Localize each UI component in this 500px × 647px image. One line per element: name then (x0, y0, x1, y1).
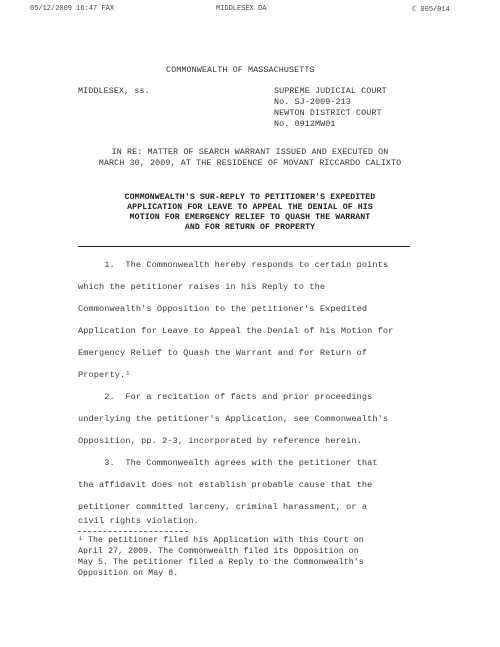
body-line: Property.¹ (78, 370, 131, 380)
body-line: which the petitioner raises in his Reply… (78, 282, 325, 292)
body-line: 1. The Commonwealth hereby responds to c… (78, 260, 388, 270)
title-line-2: APPLICATION FOR LEAVE TO APPEAL THE DENI… (0, 203, 500, 212)
docket-number: No. SJ-2009-213 (274, 97, 351, 107)
fax-page-number: ℂ 005/014 (412, 5, 450, 14)
body-line: 2. For a recitation of facts and prior p… (78, 392, 372, 402)
fax-header: 05/12/2009 16:47 FAX MIDDLESEX DA ℂ 005/… (0, 5, 500, 17)
court-name: SUPREME JUDICIAL COURT (274, 86, 387, 96)
footnote-line: May 5. The petitioner filed a Reply to t… (78, 558, 364, 567)
fax-datetime: 05/12/2009 16:47 FAX (30, 5, 114, 13)
title-line-1: COMMONWEALTH'S SUR-REPLY TO PETITIONER'S… (0, 193, 500, 202)
fax-sender: MIDDLESEX DA (216, 5, 266, 13)
county-label: MIDDLESEX, ss. (78, 86, 150, 96)
matter-line-1: IN RE: MATTER OF SEARCH WARRANT ISSUED A… (0, 147, 500, 157)
matter-line-2: MARCH 30, 2009, AT THE RESIDENCE OF MOVA… (0, 158, 500, 168)
body-line: the affidavit does not establish probabl… (78, 480, 372, 490)
body-line: Emergency Relief to Quash the Warrant an… (78, 348, 367, 358)
footnote-line: ¹ The petitioner filed his Application w… (78, 536, 364, 545)
footnote-line: Opposition on May 8. (78, 569, 178, 578)
title-divider (78, 246, 410, 247)
footnote-divider (78, 531, 188, 532)
body-line: Application for Leave to Appeal the Deni… (78, 326, 393, 336)
lower-court-name: NEWTON DISTRICT COURT (274, 108, 382, 118)
body-line: petitioner committed larceny, criminal h… (78, 502, 367, 512)
title-line-4: AND FOR RETURN OF PROPERTY (0, 223, 500, 232)
title-line-3: MOTION FOR EMERGENCY RELIEF TO QUASH THE… (0, 213, 500, 222)
footnote-line: April 27, 2009. The Commonwealth filed i… (78, 547, 359, 556)
body-line: Opposition, pp. 2-3, incorporated by ref… (78, 436, 362, 446)
body-line: 3. The Commonwealth agrees with the peti… (78, 458, 378, 468)
lower-court-number: No. 0912MW01 (274, 119, 336, 129)
body-line: Commonwealth's Opposition to the petitio… (78, 304, 367, 314)
body-line: underlying the petitioner's Application,… (78, 414, 388, 424)
body-line: civil rights violation. (78, 516, 199, 526)
jurisdiction-heading: COMMONWEALTH OF MASSACHUSETTS (166, 65, 315, 75)
